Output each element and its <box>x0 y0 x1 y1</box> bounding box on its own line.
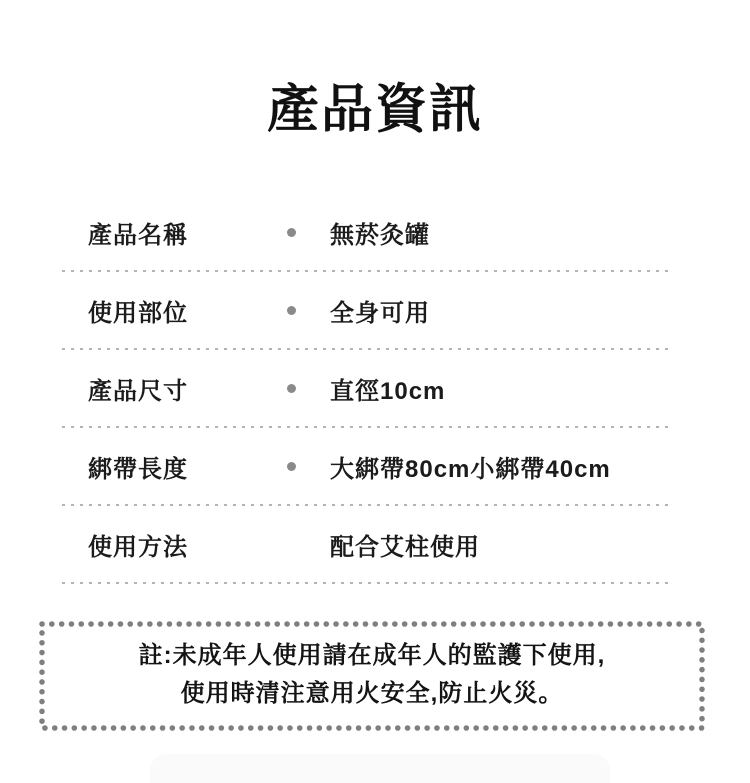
bullet-dot-icon <box>287 228 296 237</box>
bullet-dot-icon <box>287 384 296 393</box>
note-text-line2: 使用時清注意用火安全,防止火災。 <box>38 675 706 713</box>
spec-row-strap-length: 綁帶長度 大綁帶80cm小綁帶40cm <box>0 428 750 504</box>
spec-label: 產品名稱 <box>88 215 287 250</box>
spec-value: 配合艾柱使用 <box>330 527 480 562</box>
page-title: 產品資訊 <box>0 0 750 148</box>
note-text-line1: 註:未成年人使用請在成年人的監護下使用, <box>38 637 706 675</box>
safety-note-box: 註:未成年人使用請在成年人的監護下使用, 使用時清注意用火安全,防止火災。 <box>38 620 706 732</box>
dashed-divider <box>62 582 668 584</box>
spec-label: 使用部位 <box>88 293 287 328</box>
spec-row-product-name: 產品名稱 無菸灸罐 <box>0 194 750 270</box>
bullet-dot-icon <box>287 306 296 315</box>
spec-row-product-size: 產品尺寸 直徑10cm <box>0 350 750 426</box>
bullet-dot-icon <box>287 462 296 471</box>
spec-value: 直徑10cm <box>330 371 445 406</box>
next-section-edge <box>150 754 610 783</box>
spec-label: 產品尺寸 <box>88 371 287 406</box>
product-info-page: 產品資訊 產品名稱 無菸灸罐 使用部位 全身可用 產品尺寸 直徑10cm 綁帶長… <box>0 0 750 783</box>
spec-label: 使用方法 <box>88 527 287 562</box>
spec-value: 全身可用 <box>330 293 430 328</box>
spec-label: 綁帶長度 <box>88 449 287 484</box>
spec-row-usage-method: 使用方法 配合艾柱使用 <box>0 506 750 582</box>
spec-row-usage-area: 使用部位 全身可用 <box>0 272 750 348</box>
spec-value: 大綁帶80cm小綁帶40cm <box>330 449 611 484</box>
spec-value: 無菸灸罐 <box>330 215 430 250</box>
spec-list: 產品名稱 無菸灸罐 使用部位 全身可用 產品尺寸 直徑10cm 綁帶長度 大綁帶… <box>0 194 750 584</box>
